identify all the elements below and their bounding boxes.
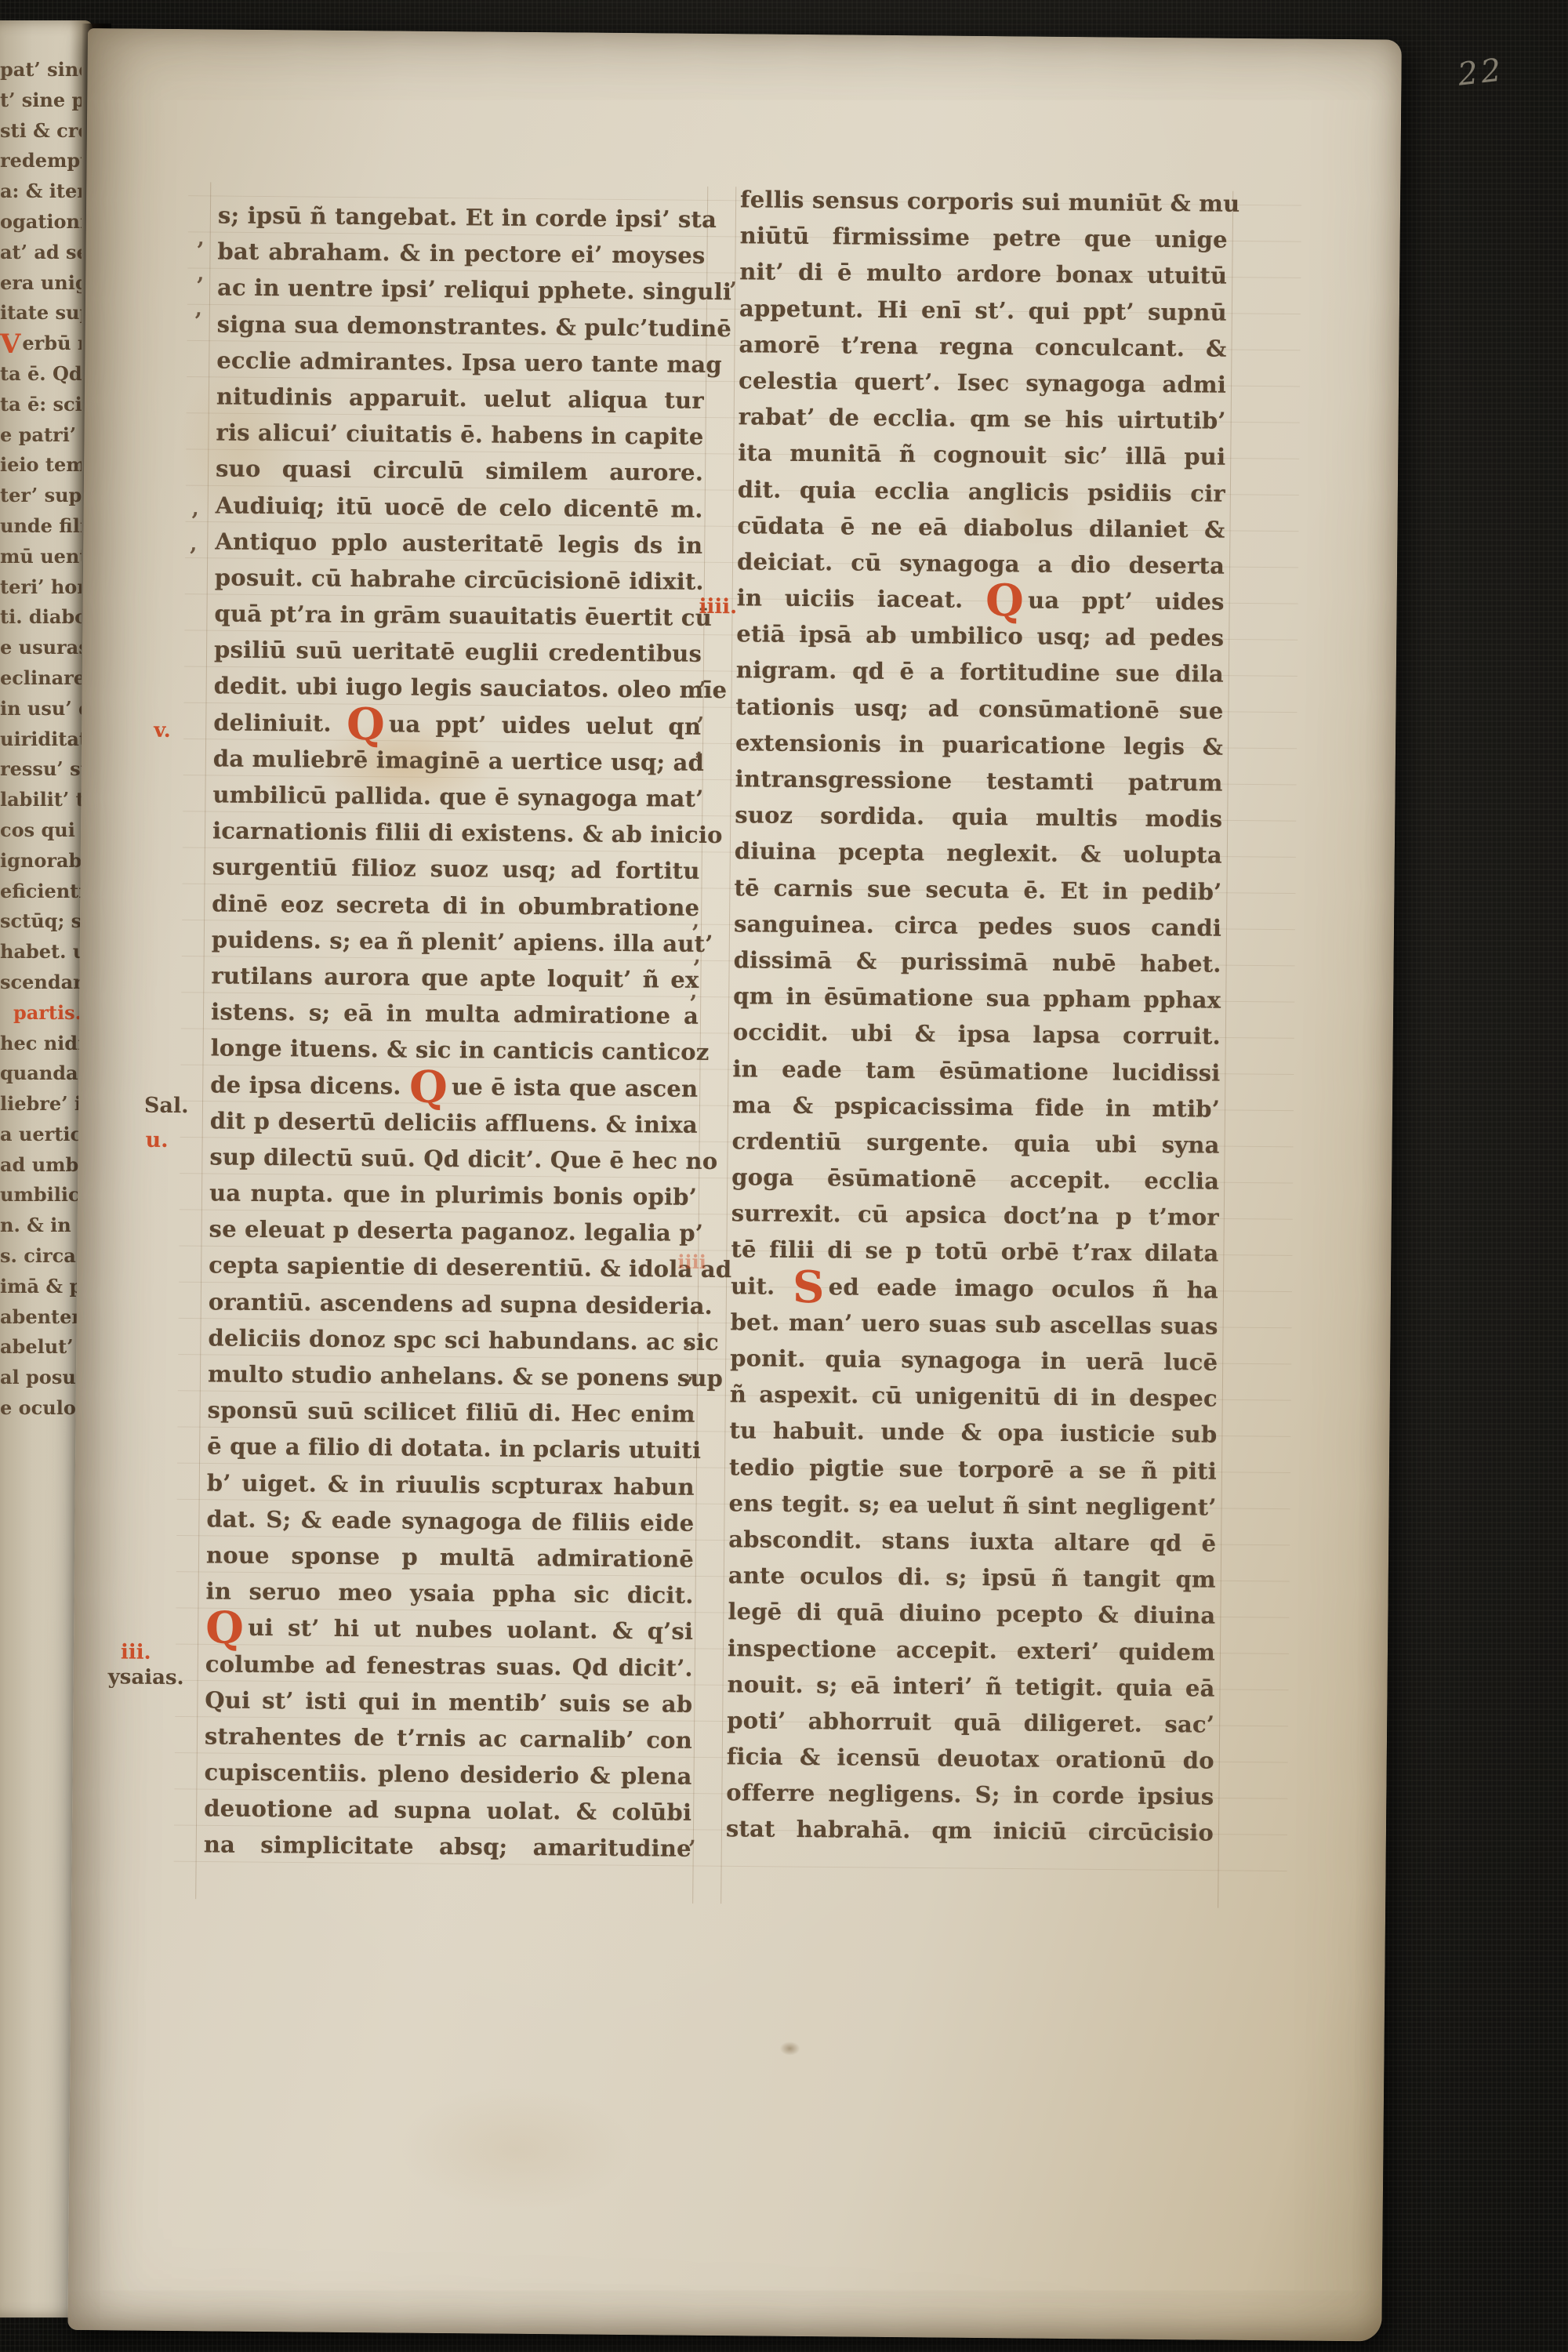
text-line: abelut’ ma <box>0 1332 82 1363</box>
text-line: sponsū suū scilicet filiū di. Hec enim <box>207 1392 695 1433</box>
text-line: a uertice <box>0 1120 82 1150</box>
manuscript-page: 22 s; ipsū ñ tangebat. Et in corde ipsi’… <box>67 28 1402 2342</box>
text-line: cūdata ē ne eā diabolus dilaniet & <box>737 507 1225 548</box>
text-line: imā & puris <box>0 1272 82 1302</box>
text-line: habet. ust <box>0 937 82 967</box>
text-line: qm in ēsūmatione sua ppham pphax <box>733 978 1221 1018</box>
text-line: goga ēsūmationē accepit. ecclia <box>731 1159 1219 1200</box>
margin-note: iii. <box>121 1640 151 1664</box>
quote-mark: , <box>690 988 697 996</box>
text-line: scendar’ s; eū <box>0 967 82 998</box>
text-line: extensionis in puaricatione legis & <box>735 724 1223 765</box>
text-line: ris alicui’ ciuitatis ē. habens in capit… <box>216 415 703 456</box>
text-line: dissimā & purissimā nubē habet. <box>733 942 1221 982</box>
text-line: suo quasi circulū similem aurore. <box>216 451 703 492</box>
text-line: nit’ di ē multo ardore bonax utuitū <box>739 254 1227 295</box>
margin-note: iiii. <box>699 595 737 619</box>
quote-mark: , <box>697 710 704 717</box>
quote-mark: , <box>195 305 202 313</box>
text-line: redemptione homini <box>0 146 82 176</box>
facing-page-text-fragments: pat’ sine filio. ner sinet’ sine patre. … <box>0 55 88 1424</box>
text-line: fellis sensus corporis sui muniūt & mu <box>740 181 1228 222</box>
margin-note: ysaias. <box>108 1665 184 1690</box>
text-line: Antiquo pplo austeritatē legis ds in <box>215 523 702 564</box>
rubric-text: partis. <box>13 1001 82 1024</box>
text-line: posuit. cū habrahe circūcisionē idixit. <box>215 559 702 600</box>
text-line: celestia quert’. Isec synagoga admi <box>739 362 1226 403</box>
folio-number: 22 <box>1456 52 1506 93</box>
text-line: Verbū mistr <box>0 328 82 359</box>
text-line: na simplicitate absq; amaritudine <box>204 1827 691 1867</box>
quote-mark: , <box>192 505 199 513</box>
quote-mark: , <box>694 953 701 960</box>
text-line: dit p desertū deliciis affluens. & inixa <box>210 1102 698 1143</box>
text-line: Qui st’ hi ut nubes uolant. & q’si <box>205 1610 693 1650</box>
text-line: da muliebrē imaginē a uertice usq; ad <box>213 740 701 781</box>
text-line: sti & credendū ē <box>0 116 82 147</box>
text-line: mū uenturi <box>0 542 82 572</box>
text-line: ad umbilicu <box>0 1150 82 1181</box>
text-line: e patri’ secdū di <box>0 420 82 451</box>
text-line: poti’ abhorruit quā diligeret. sac’ <box>727 1702 1214 1743</box>
text-line: b’ uiget. & in riuulis scpturax habun <box>207 1465 695 1505</box>
text-line: orantiū. ascendens ad supna desideria. <box>209 1283 696 1324</box>
text-line: dat. S; & eade synagoga de filiis eide <box>206 1501 694 1541</box>
text-line: cos qui lum <box>0 815 82 846</box>
text-line: nitudinis apparuit. uelut aliqua tur <box>216 378 704 419</box>
text-line: in seruo meo ysaia ppha sic dicit. <box>205 1573 693 1614</box>
text-line: uiriditate <box>0 724 82 755</box>
margin-note: iiii <box>677 1250 706 1273</box>
text-line: ponit. quia synagoga in uerā lucē <box>730 1340 1218 1381</box>
text-line: e usuras de <box>0 633 82 663</box>
text-line: ñ aspexit. cū unigenitū di in despec <box>730 1376 1218 1417</box>
text-line: sctūq; scientia <box>0 906 82 937</box>
text-line: umbilicū pallida. que ē synagoga mat’ <box>212 776 700 817</box>
text-line: itate supna mag <box>0 298 82 328</box>
text-line: ecclie admirantes. Ipsa uero tante mag <box>216 342 704 383</box>
text-line: ta ē. Qd’ ē. <box>0 359 82 390</box>
text-line: dit. quia ecclia anglicis psidiis cir <box>738 471 1225 512</box>
quote-mark: , <box>685 1334 692 1342</box>
text-line: tedio pigtie sue torporē a se ñ piti <box>729 1449 1217 1490</box>
text-line: amorē t’rena regna conculcant. & <box>739 326 1226 367</box>
text-line: psiliū suū ueritatē euglii credentibus <box>214 632 702 673</box>
text-line: quandam <box>0 1058 82 1089</box>
text-line: icarnationis filii di existens. & ab ini… <box>212 813 700 854</box>
text-line: multo studio anhelans. & se ponens sup <box>208 1356 695 1396</box>
text-line: suoz sordida. quia multis modis <box>735 797 1222 837</box>
text-line: ressu’ suum <box>0 754 82 785</box>
text-line: al posuerat. <box>0 1363 82 1393</box>
text-line: dedit. ubi iugo legis sauciatos. oleo mī… <box>213 668 701 709</box>
text-line: bat abraham. & in pectore ei’ moyses <box>217 234 705 274</box>
text-line: in eade tam ēsūmatione lucidissi <box>732 1051 1220 1091</box>
text-line: pat’ sine filio. ner sine <box>0 55 82 85</box>
text-line: abscondit. stans iuxta altare qd ē <box>728 1521 1216 1562</box>
text-line: niūtū firmissime petre que unige <box>740 217 1228 258</box>
text-line: bet. man’ uero suas sub ascellas suas <box>730 1304 1218 1345</box>
text-line: ignorabāt. <box>0 846 82 877</box>
manuscript-photograph: { "page": { "folio_number": "22", "ink_c… <box>0 0 1568 2352</box>
text-line: surgentiū filioz suoz usq; ad fortitu <box>212 849 699 890</box>
text-line: ē que a filio di dotata. in pclaris utui… <box>207 1428 695 1469</box>
text-line: ogationis consiliū <box>0 207 82 238</box>
quote-mark: , <box>695 745 702 753</box>
text-line: abentem. <box>0 1302 82 1333</box>
parchment-stain <box>398 2085 634 2213</box>
text-line: se eleuat p deserta paganoz. legalia p’ <box>209 1211 696 1252</box>
text-line: crdentiū surgente. quia ubi syna <box>731 1123 1219 1163</box>
text-line: legē di quā diuino pcepto & diuina <box>728 1594 1215 1635</box>
text-line: s. circa pedes <box>0 1241 82 1272</box>
text-line: unde filii di m <box>0 511 82 542</box>
parchment-speck <box>779 2042 800 2056</box>
text-line: ma & pspicacissima fide in mtib’ <box>732 1087 1220 1127</box>
text-line: ta ē: scilicet uni <box>0 390 82 420</box>
text-line: occidit. ubi & ipsa lapsa corruit. <box>733 1014 1221 1055</box>
text-line: columbe ad fenestras suas. Qd dicit’. <box>205 1646 693 1686</box>
text-line: ficia & icensū deuotax orationū do <box>727 1738 1214 1779</box>
text-line: rabat’ de ecclia. qm se his uirtutib’ <box>739 398 1226 439</box>
text-line: partis. <box>0 998 82 1029</box>
text-line: a: & iterū ad se reuer <box>0 176 82 207</box>
text-line: n. & in pedi <box>0 1210 82 1241</box>
text-line: ieio temporis sue <box>0 450 82 481</box>
text-line: t’ sine patre. nec siū spū <box>0 85 82 116</box>
text-line: etiā ipsā ab umbilico usq; ad pedes <box>736 615 1224 656</box>
text-line: ac in uentre ipsi’ reliqui pphete. singu… <box>217 270 705 310</box>
margin-note: Sal. <box>144 1094 189 1118</box>
quote-mark: , <box>689 1833 696 1841</box>
text-line: ita munitā ñ cognouit sic’ illā pui <box>738 435 1225 476</box>
text-line: intransgressione testamti patrum <box>735 760 1222 801</box>
text-line: istens. s; eā in multa admiratione a <box>211 994 699 1035</box>
text-line: ti. diabolum <box>0 602 82 633</box>
text-line: tationis usq; ad consūmationē sue <box>735 688 1223 729</box>
margin-note: v. <box>154 719 171 742</box>
quote-mark: , <box>699 674 706 682</box>
text-line: deuotione ad supna uolat. & colūbi <box>204 1791 691 1831</box>
quote-mark: , <box>692 917 699 925</box>
text-line: s; ipsū ñ tangebat. Et in corde ipsi’ st… <box>218 197 706 238</box>
text-line: uit. Sed eade imago oculos ñ ha <box>731 1268 1218 1308</box>
text-line: Qui st’ isti qui in mentib’ suis se ab <box>205 1682 692 1722</box>
text-line: deliciis donoz spc sci habundans. ac sic <box>208 1319 695 1360</box>
text-line: era unigeniti di m <box>0 268 82 299</box>
text-line: inspectione accepit. exteri’ quidem <box>728 1630 1215 1671</box>
text-line: in uiciis iaceat. Qua ppt’ uides <box>736 579 1224 620</box>
text-line: sanguinea. circa pedes suos candi <box>734 906 1221 946</box>
text-line: strahentes de t’rnis ac carnalib’ con <box>205 1718 692 1759</box>
text-line: cepta sapientie di deserentiū. & idola a… <box>209 1247 696 1288</box>
quote-mark: , <box>190 540 197 548</box>
text-line: ua nupta. que in plurimis bonis opib’ <box>209 1174 697 1215</box>
quote-mark: , <box>688 1405 695 1413</box>
text-line: tu habuit. unde & opa iusticie sub <box>729 1413 1217 1454</box>
text-line: deiciat. cū synagoga a dio deserta <box>737 543 1225 584</box>
text-line: diuina pcepta neglexit. & uolupta <box>735 833 1222 874</box>
text-line: labilit’ te <box>0 785 82 815</box>
text-line: eficienti sa <box>0 877 82 907</box>
text-line: ante oculos di. s; ipsū ñ tangit qm <box>728 1557 1216 1598</box>
text-line: tē carnis sue secuta ē. Et in pedib’ <box>734 869 1221 910</box>
text-line: Audiuiq; itū uocē de celo dicentē m. <box>215 487 702 528</box>
text-line: eclinarent. <box>0 663 82 694</box>
text-column-right: fellis sensus corporis sui muniūt & muni… <box>726 181 1249 1851</box>
margin-note: u. <box>145 1128 168 1152</box>
text-line: nouit. s; eā interi’ ñ tetigit. quia eā <box>727 1666 1214 1707</box>
text-line: surrexit. cū apsica doct’na p t’mor <box>731 1195 1219 1236</box>
quote-mark: , <box>198 234 205 242</box>
text-line: puidens. s; ea ñ plenit’ apiens. illa au… <box>212 921 699 962</box>
text-line: quā pt’ra in grām suauitatis ēuertit cū <box>214 596 702 637</box>
quote-mark: , <box>730 274 737 282</box>
text-line: noue sponse p multā admirationē <box>206 1537 694 1577</box>
text-line: in usu’ eii’ ide <box>0 694 82 724</box>
text-line: ens tegit. s; ea uelut ñ sint negligent’ <box>728 1485 1216 1526</box>
text-line: e oculos di. <box>0 1393 82 1424</box>
quote-mark: , <box>687 1370 694 1377</box>
text-line: dinē eoz secreta di in obumbratione <box>212 885 699 926</box>
text-line: signa sua demonstrantes. & pulc’tudinē <box>217 306 705 347</box>
text-line: umbilico us <box>0 1180 82 1210</box>
text-line: at’ ad se recolligat. <box>0 238 82 268</box>
text-line: rutilans aurora que apte loquit’ ñ ex <box>211 957 699 998</box>
text-line: liebre’ ima <box>0 1089 82 1120</box>
text-line: teri’ hominis <box>0 572 82 603</box>
text-line: longe ituens. & sic in canticis canticoz <box>210 1030 698 1071</box>
text-line: appetunt. Hi enī st’. qui ppt’ supnū <box>739 290 1227 331</box>
text-line: deliniuit. Qua ppt’ uides uelut qn <box>213 704 701 745</box>
text-line: de ipsa dicens. Que ē ista que ascen <box>210 1066 698 1107</box>
text-column-left: s; ipsū ñ tangebat. Et in corde ipsi’ st… <box>204 197 727 1867</box>
quote-mark: , <box>197 270 204 278</box>
rubricated-initial: V <box>0 328 22 359</box>
text-line: nigram. qd ē a fortitudine sue dila <box>736 652 1224 693</box>
text-line: sup dilectū suū. Qd dicit’. Que ē hec no <box>209 1138 697 1179</box>
text-line: stat habrahā. qm iniciū circūcisio <box>726 1811 1214 1852</box>
text-line: hec nidi ue <box>0 1029 82 1059</box>
text-line: ter’ supn pat’ peo <box>0 481 82 511</box>
text-line: cupiscentiis. pleno desiderio & plena <box>204 1754 691 1795</box>
text-line: offerre negligens. S; in corde ipsius <box>726 1774 1214 1815</box>
